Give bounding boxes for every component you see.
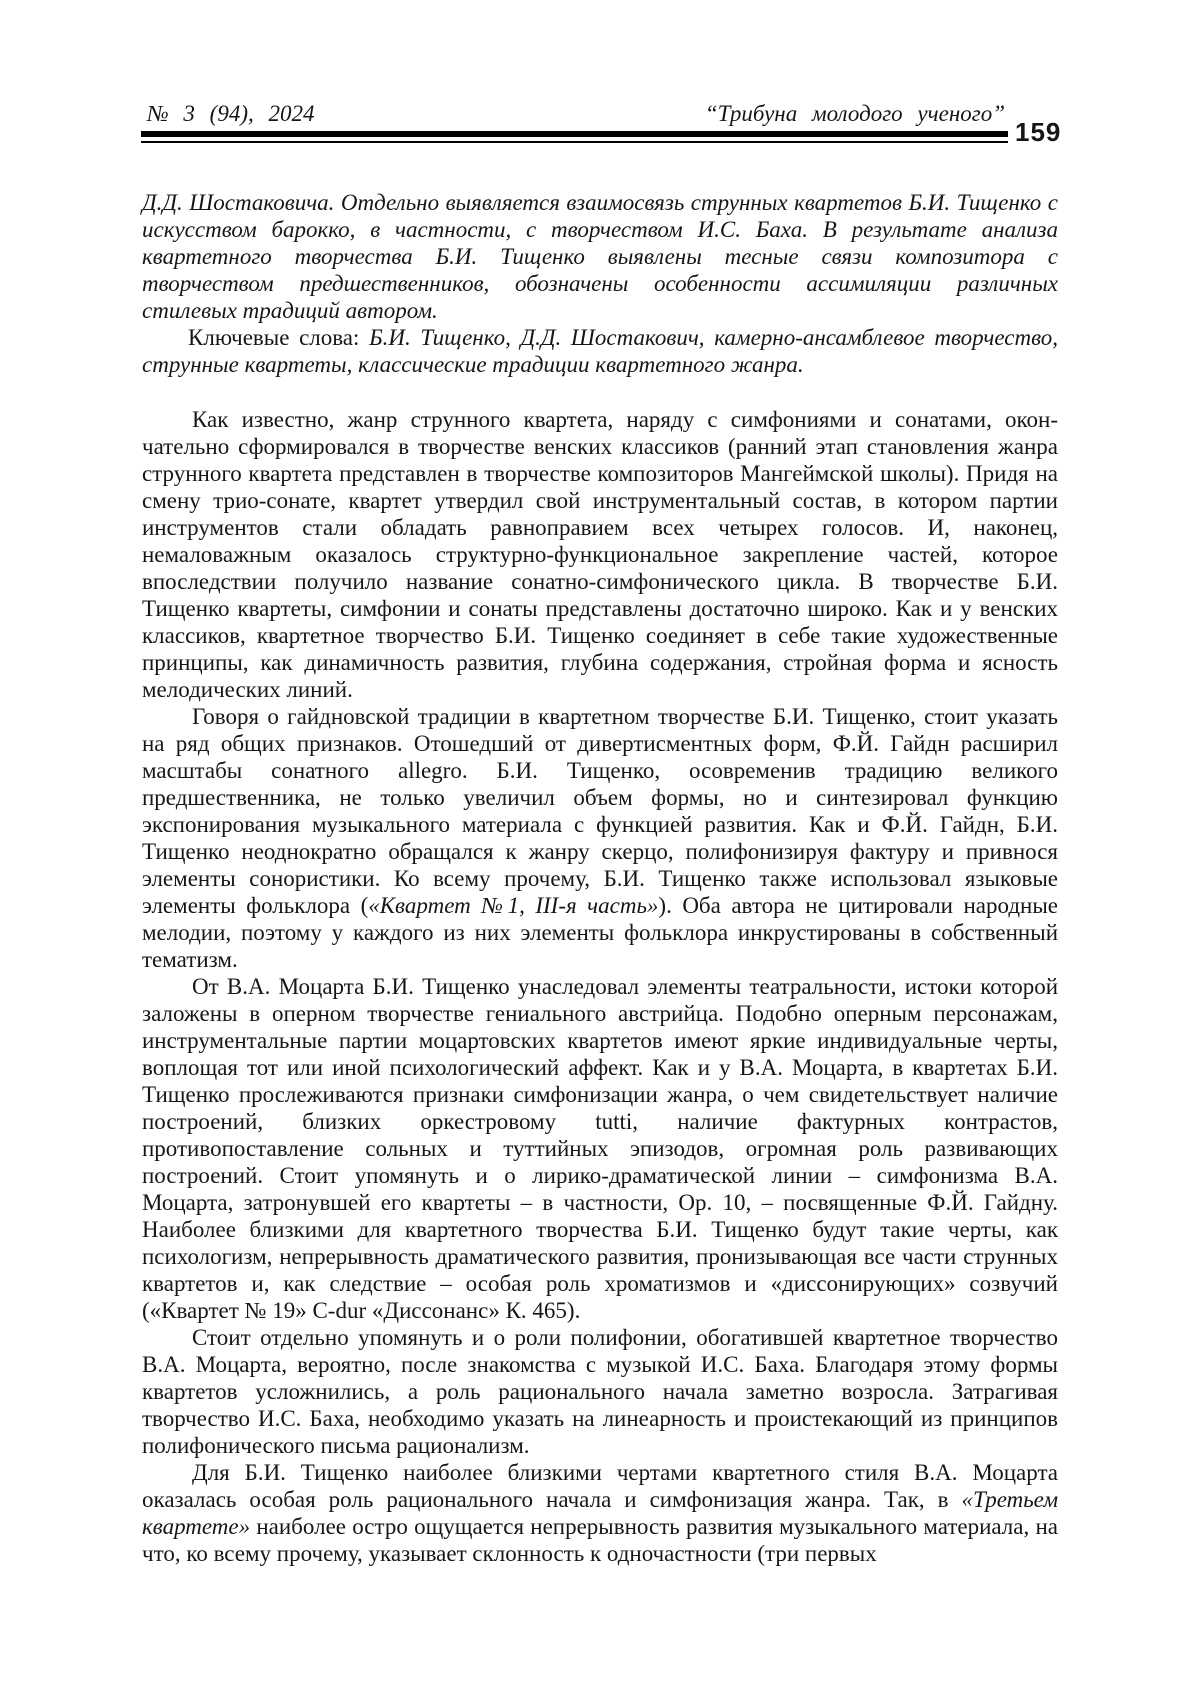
journal-issue-label: № 3 (94), 2024 — [147, 101, 315, 126]
article-body: Как известно, жанр струнного квартета, н… — [142, 406, 1058, 1567]
body-paragraph: От В.А. Моцарта Б.И. Тищенко унаследовал… — [142, 973, 1058, 1324]
journal-title: “Трибуна молодого ученого” — [705, 101, 1005, 126]
body-paragraph: Говоря о гайдновской традиции в квартетн… — [142, 703, 1058, 973]
keywords-label: Ключевые слова: — [188, 325, 359, 350]
document-page: № 3 (94), 2024 “Трибуна молодого ученого… — [0, 0, 1200, 1698]
header-rule-thin — [141, 141, 1008, 143]
keywords-paragraph: Ключевые слова: Б.И. Тищенко, Д.Д. Шоста… — [142, 324, 1058, 378]
body-paragraph: Для Б.И. Тищенко наиболее близкими черта… — [142, 1459, 1058, 1567]
header-rule-thick — [141, 131, 1008, 137]
body-paragraph: Как известно, жанр струнного квартета, н… — [142, 406, 1058, 703]
page-number: 159 — [1015, 119, 1061, 145]
body-paragraph: Стоит отдельно упомянуть и о роли полифо… — [142, 1324, 1058, 1459]
abstract-paragraph: Д.Д. Шостаковича. Отдельно выявляется вз… — [142, 189, 1058, 324]
article-content: Д.Д. Шостаковича. Отдельно выявляется вз… — [142, 189, 1058, 1567]
